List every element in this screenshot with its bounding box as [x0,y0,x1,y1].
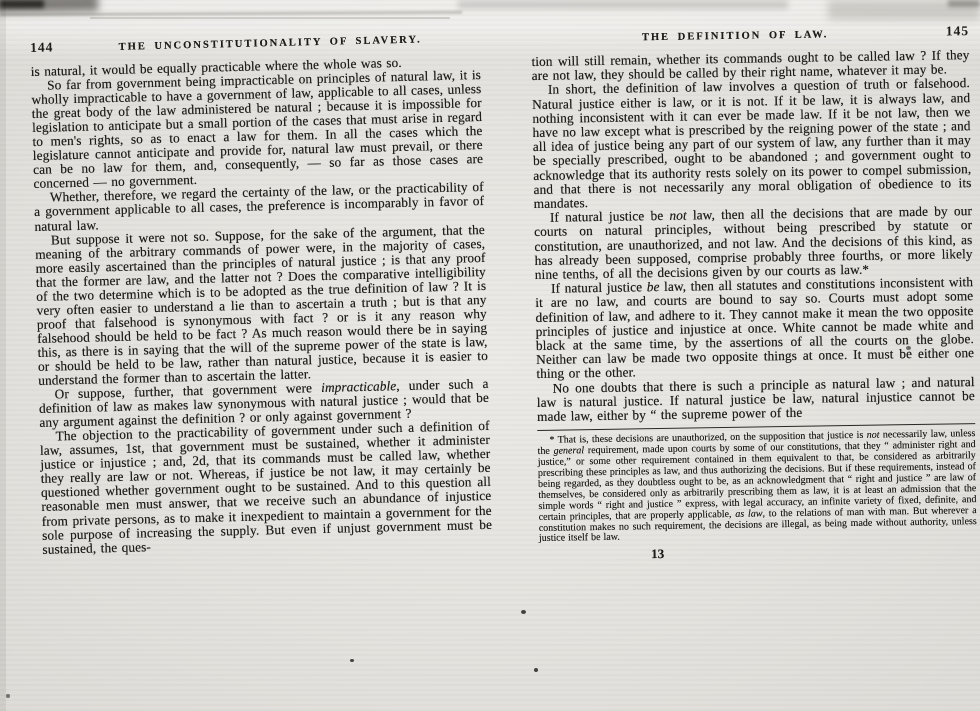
text-run: In short, the definition of law involves… [532,76,972,211]
left-page: 144 THE UNCONSTITUTIONALITY OF SLAVERY. … [30,29,492,556]
paragraph: But suppose it were not so. Suppose, for… [35,223,489,388]
right-page-number: 145 [899,23,969,40]
left-page-number: 144 [30,38,100,56]
scan-edge-shading [0,0,6,711]
scan-streak [90,17,450,19]
ink-speck [350,659,354,662]
spacer [531,41,571,42]
footnote: * That is, these decisions are unauthori… [537,429,977,545]
right-running-head-title: THE DEFINITION OF LAW. [571,28,899,44]
spacer [440,41,480,42]
scan-streak [828,0,980,20]
scan-smudge [948,0,980,7]
left-running-head-title: THE UNCONSTITUTIONALITY OF SLAVERY. [100,34,440,53]
ink-speck [534,668,538,672]
scan-smudge [0,0,98,13]
signature-mark: 13 [651,541,977,562]
book-spread-scan: 144 THE UNCONSTITUTIONALITY OF SLAVERY. … [0,0,980,711]
italic-text: not [867,430,880,441]
scan-streak [458,0,788,9]
right-page-body: tion will still remain, whether its comm… [531,48,975,424]
italic-text: be [647,279,660,294]
italic-text: not [669,208,687,223]
paragraph: If natural justice be law, then all stat… [535,275,975,381]
paragraph: * That is, these decisions are unauthori… [537,429,977,545]
italic-text: general [553,445,584,456]
text-run: So far from government being impracticab… [31,67,483,191]
text-run: The objection to the practicability of g… [40,418,492,556]
scan-smudge [0,0,44,8]
right-running-head: THE DEFINITION OF LAW. 145 [531,23,969,46]
ink-speck [6,694,10,698]
left-running-head: 144 THE UNCONSTITUTIONALITY OF SLAVERY. [30,29,480,56]
scan-streak [0,11,462,16]
paragraph: If natural justice be not law, then all … [534,204,973,282]
text-run: No one doubts that there is such a princ… [537,374,975,424]
paragraph: No one doubts that there is such a princ… [537,375,976,424]
ink-speck [521,610,526,614]
paragraph: So far from government being impracticab… [31,68,484,191]
right-page: THE DEFINITION OF LAW. 145 tion will sti… [531,23,977,564]
italic-text: as law [735,508,762,519]
paragraph: In short, the definition of law involves… [532,77,972,212]
left-page-body: is natural, it would be equally practica… [31,54,493,556]
paragraph: The objection to the practicability of g… [40,419,493,556]
text-run: But suppose it were not so. Suppose, for… [35,222,488,388]
